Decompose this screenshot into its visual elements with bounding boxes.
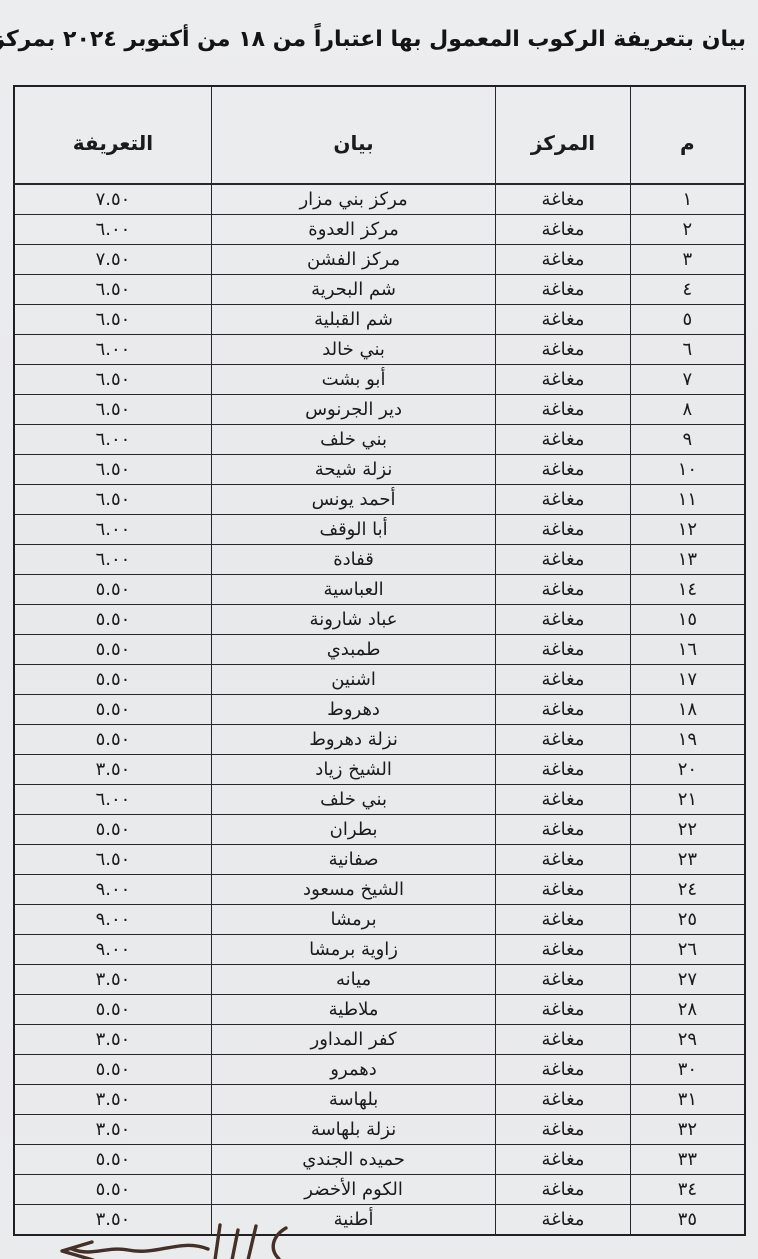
header-tariff: التعريفة bbox=[14, 86, 211, 184]
row-statement: دهمرو bbox=[211, 1055, 495, 1085]
row-tariff: ٣.٥٠ bbox=[14, 965, 211, 995]
table-row: ٣ مغاغة مركز الفشن ٧.٥٠ bbox=[14, 245, 745, 275]
row-center: مغاغة bbox=[496, 755, 631, 785]
row-statement: شم القبلية bbox=[211, 305, 495, 335]
row-tariff: ٦.٥٠ bbox=[14, 275, 211, 305]
row-index: ١٥ bbox=[630, 605, 745, 635]
row-index: ١٦ bbox=[630, 635, 745, 665]
row-index: ٢٣ bbox=[630, 845, 745, 875]
row-tariff: ٩.٠٠ bbox=[14, 905, 211, 935]
row-tariff: ٣.٥٠ bbox=[14, 1115, 211, 1145]
table-header-row: م المركز بيان التعريفة bbox=[14, 86, 745, 184]
row-statement: دهروط bbox=[211, 695, 495, 725]
table-row: ٣٠ مغاغة دهمرو ٥.٥٠ bbox=[14, 1055, 745, 1085]
table-row: ٣١ مغاغة بلهاسة ٣.٥٠ bbox=[14, 1085, 745, 1115]
table-row: ٣٣ مغاغة حميده الجندي ٥.٥٠ bbox=[14, 1145, 745, 1175]
row-index: ٥ bbox=[630, 305, 745, 335]
row-statement: دير الجرنوس bbox=[211, 395, 495, 425]
row-index: ١٢ bbox=[630, 515, 745, 545]
scanned-document-page: بيان بتعريفة الركوب المعمول بها اعتباراً… bbox=[0, 0, 758, 1259]
row-index: ٣٥ bbox=[630, 1205, 745, 1236]
row-center: مغاغة bbox=[496, 365, 631, 395]
row-index: ٢٩ bbox=[630, 1025, 745, 1055]
row-statement: بني خلف bbox=[211, 785, 495, 815]
row-statement: مركز العدوة bbox=[211, 215, 495, 245]
row-statement: كفر المداور bbox=[211, 1025, 495, 1055]
row-statement: صفانية bbox=[211, 845, 495, 875]
row-center: مغاغة bbox=[496, 815, 631, 845]
row-tariff: ٥.٥٠ bbox=[14, 605, 211, 635]
row-index: ١٣ bbox=[630, 545, 745, 575]
row-center: مغاغة bbox=[496, 215, 631, 245]
row-tariff: ٦.٥٠ bbox=[14, 455, 211, 485]
row-tariff: ٦.٠٠ bbox=[14, 215, 211, 245]
row-tariff: ٥.٥٠ bbox=[14, 1175, 211, 1205]
row-statement: بطران bbox=[211, 815, 495, 845]
table-row: ١٦ مغاغة طمبدي ٥.٥٠ bbox=[14, 635, 745, 665]
row-index: ٣١ bbox=[630, 1085, 745, 1115]
row-center: مغاغة bbox=[496, 485, 631, 515]
row-tariff: ٥.٥٠ bbox=[14, 635, 211, 665]
row-statement: عباد شارونة bbox=[211, 605, 495, 635]
row-statement: قفادة bbox=[211, 545, 495, 575]
row-statement: نزلة دهروط bbox=[211, 725, 495, 755]
table-row: ١٤ مغاغة العباسية ٥.٥٠ bbox=[14, 575, 745, 605]
row-center: مغاغة bbox=[496, 995, 631, 1025]
row-statement: شم البحرية bbox=[211, 275, 495, 305]
row-center: مغاغة bbox=[496, 245, 631, 275]
table-row: ١٣ مغاغة قفادة ٦.٠٠ bbox=[14, 545, 745, 575]
row-index: ٣ bbox=[630, 245, 745, 275]
header-center: المركز bbox=[496, 86, 631, 184]
row-center: مغاغة bbox=[496, 515, 631, 545]
table-row: ٢٩ مغاغة كفر المداور ٣.٥٠ bbox=[14, 1025, 745, 1055]
row-statement: مركز بني مزار bbox=[211, 184, 495, 215]
row-index: ١٠ bbox=[630, 455, 745, 485]
row-index: ٦ bbox=[630, 335, 745, 365]
table-row: ٢٢ مغاغة بطران ٥.٥٠ bbox=[14, 815, 745, 845]
row-center: مغاغة bbox=[496, 545, 631, 575]
table-row: ٥ مغاغة شم القبلية ٦.٥٠ bbox=[14, 305, 745, 335]
row-tariff: ٩.٠٠ bbox=[14, 875, 211, 905]
table-row: ٢٦ مغاغة زاوية برمشا ٩.٠٠ bbox=[14, 935, 745, 965]
row-center: مغاغة bbox=[496, 455, 631, 485]
table-row: ٣٤ مغاغة الكوم الأخضر ٥.٥٠ bbox=[14, 1175, 745, 1205]
row-index: ٩ bbox=[630, 425, 745, 455]
fare-table-body: ١ مغاغة مركز بني مزار ٧.٥٠ ٢ مغاغة مركز … bbox=[14, 184, 745, 1235]
row-center: مغاغة bbox=[496, 605, 631, 635]
row-statement: طمبدي bbox=[211, 635, 495, 665]
row-tariff: ٦.٥٠ bbox=[14, 485, 211, 515]
row-center: مغاغة bbox=[496, 575, 631, 605]
row-center: مغاغة bbox=[496, 725, 631, 755]
row-statement: ميانه bbox=[211, 965, 495, 995]
row-index: ٢٠ bbox=[630, 755, 745, 785]
row-tariff: ٥.٥٠ bbox=[14, 575, 211, 605]
table-row: ٨ مغاغة دير الجرنوس ٦.٥٠ bbox=[14, 395, 745, 425]
row-tariff: ٣.٥٠ bbox=[14, 1085, 211, 1115]
row-tariff: ٦.٥٠ bbox=[14, 365, 211, 395]
row-tariff: ٦.٠٠ bbox=[14, 785, 211, 815]
row-center: مغاغة bbox=[496, 1085, 631, 1115]
row-statement: العباسية bbox=[211, 575, 495, 605]
table-row: ٢٠ مغاغة الشيخ زياد ٣.٥٠ bbox=[14, 755, 745, 785]
header-statement: بيان bbox=[211, 86, 495, 184]
row-center: مغاغة bbox=[496, 1205, 631, 1236]
row-tariff: ٩.٠٠ bbox=[14, 935, 211, 965]
table-row: ٢٣ مغاغة صفانية ٦.٥٠ bbox=[14, 845, 745, 875]
row-center: مغاغة bbox=[496, 184, 631, 215]
row-statement: نزلة بلهاسة bbox=[211, 1115, 495, 1145]
row-index: ٣٠ bbox=[630, 1055, 745, 1085]
row-center: مغاغة bbox=[496, 1145, 631, 1175]
row-tariff: ٦.٠٠ bbox=[14, 545, 211, 575]
row-index: ٢٧ bbox=[630, 965, 745, 995]
row-index: ٢ bbox=[630, 215, 745, 245]
row-center: مغاغة bbox=[496, 1055, 631, 1085]
row-index: ١٨ bbox=[630, 695, 745, 725]
row-center: مغاغة bbox=[496, 1025, 631, 1055]
row-center: مغاغة bbox=[496, 425, 631, 455]
row-tariff: ٦.٠٠ bbox=[14, 515, 211, 545]
row-tariff: ٥.٥٠ bbox=[14, 665, 211, 695]
row-center: مغاغة bbox=[496, 335, 631, 365]
table-row: ١٩ مغاغة نزلة دهروط ٥.٥٠ bbox=[14, 725, 745, 755]
row-index: ٢٥ bbox=[630, 905, 745, 935]
row-index: ٢١ bbox=[630, 785, 745, 815]
row-center: مغاغة bbox=[496, 845, 631, 875]
row-tariff: ٦.٠٠ bbox=[14, 335, 211, 365]
fare-table: م المركز بيان التعريفة ١ مغاغة مركز بني … bbox=[13, 85, 746, 1236]
row-index: ٣٤ bbox=[630, 1175, 745, 1205]
row-center: مغاغة bbox=[496, 1115, 631, 1145]
row-statement: الشيخ زياد bbox=[211, 755, 495, 785]
row-statement: حميده الجندي bbox=[211, 1145, 495, 1175]
row-center: مغاغة bbox=[496, 695, 631, 725]
row-tariff: ٥.٥٠ bbox=[14, 995, 211, 1025]
row-index: ٧ bbox=[630, 365, 745, 395]
row-index: ١١ bbox=[630, 485, 745, 515]
table-row: ٢ مغاغة مركز العدوة ٦.٠٠ bbox=[14, 215, 745, 245]
table-row: ٣٢ مغاغة نزلة بلهاسة ٣.٥٠ bbox=[14, 1115, 745, 1145]
row-center: مغاغة bbox=[496, 1175, 631, 1205]
row-tariff: ٧.٥٠ bbox=[14, 245, 211, 275]
row-statement: زاوية برمشا bbox=[211, 935, 495, 965]
table-row: ١٨ مغاغة دهروط ٥.٥٠ bbox=[14, 695, 745, 725]
table-row: ٢٨ مغاغة ملاطية ٥.٥٠ bbox=[14, 995, 745, 1025]
row-statement: ملاطية bbox=[211, 995, 495, 1025]
row-center: مغاغة bbox=[496, 665, 631, 695]
table-row: ١١ مغاغة أحمد يونس ٦.٥٠ bbox=[14, 485, 745, 515]
row-statement: أبو بشت bbox=[211, 365, 495, 395]
table-row: ٩ مغاغة بني خلف ٦.٠٠ bbox=[14, 425, 745, 455]
row-index: ٢٢ bbox=[630, 815, 745, 845]
table-row: ٢٧ مغاغة ميانه ٣.٥٠ bbox=[14, 965, 745, 995]
table-row: ١٠ مغاغة نزلة شيحة ٦.٥٠ bbox=[14, 455, 745, 485]
row-center: مغاغة bbox=[496, 275, 631, 305]
row-index: ٤ bbox=[630, 275, 745, 305]
row-index: ٣٢ bbox=[630, 1115, 745, 1145]
table-row: ١٢ مغاغة أبا الوقف ٦.٠٠ bbox=[14, 515, 745, 545]
row-tariff: ٥.٥٠ bbox=[14, 815, 211, 845]
handwritten-signature bbox=[48, 1222, 318, 1259]
row-tariff: ٣.٥٠ bbox=[14, 1025, 211, 1055]
row-tariff: ٦.٥٠ bbox=[14, 395, 211, 425]
row-center: مغاغة bbox=[496, 305, 631, 335]
row-statement: أبا الوقف bbox=[211, 515, 495, 545]
table-row: ٧ مغاغة أبو بشت ٦.٥٠ bbox=[14, 365, 745, 395]
row-index: ٢٨ bbox=[630, 995, 745, 1025]
table-row: ٢٤ مغاغة الشيخ مسعود ٩.٠٠ bbox=[14, 875, 745, 905]
row-index: ٨ bbox=[630, 395, 745, 425]
row-statement: اشنين bbox=[211, 665, 495, 695]
row-center: مغاغة bbox=[496, 635, 631, 665]
row-tariff: ٧.٥٠ bbox=[14, 184, 211, 215]
row-tariff: ٣.٥٠ bbox=[14, 755, 211, 785]
row-index: ١٤ bbox=[630, 575, 745, 605]
row-center: مغاغة bbox=[496, 935, 631, 965]
row-index: ٢٦ bbox=[630, 935, 745, 965]
row-index: ١ bbox=[630, 184, 745, 215]
row-statement: بني خلف bbox=[211, 425, 495, 455]
row-center: مغاغة bbox=[496, 875, 631, 905]
row-index: ٣٣ bbox=[630, 1145, 745, 1175]
row-center: مغاغة bbox=[496, 395, 631, 425]
row-index: ١٩ bbox=[630, 725, 745, 755]
table-row: ١ مغاغة مركز بني مزار ٧.٥٠ bbox=[14, 184, 745, 215]
table-row: ٢٥ مغاغة برمشا ٩.٠٠ bbox=[14, 905, 745, 935]
row-statement: أحمد يونس bbox=[211, 485, 495, 515]
row-center: مغاغة bbox=[496, 785, 631, 815]
row-tariff: ٦.٥٠ bbox=[14, 305, 211, 335]
row-tariff: ٥.٥٠ bbox=[14, 1055, 211, 1085]
row-center: مغاغة bbox=[496, 905, 631, 935]
row-statement: الشيخ مسعود bbox=[211, 875, 495, 905]
table-row: ٦ مغاغة بني خالد ٦.٠٠ bbox=[14, 335, 745, 365]
row-statement: برمشا bbox=[211, 905, 495, 935]
row-statement: مركز الفشن bbox=[211, 245, 495, 275]
row-statement: الكوم الأخضر bbox=[211, 1175, 495, 1205]
row-tariff: ٥.٥٠ bbox=[14, 1145, 211, 1175]
table-row: ١٧ مغاغة اشنين ٥.٥٠ bbox=[14, 665, 745, 695]
row-tariff: ٦.٥٠ bbox=[14, 845, 211, 875]
row-statement: نزلة شيحة bbox=[211, 455, 495, 485]
row-center: مغاغة bbox=[496, 965, 631, 995]
header-index: م bbox=[630, 86, 745, 184]
document-title: بيان بتعريفة الركوب المعمول بها اعتباراً… bbox=[12, 27, 746, 52]
row-statement: بلهاسة bbox=[211, 1085, 495, 1115]
row-tariff: ٥.٥٠ bbox=[14, 725, 211, 755]
row-index: ١٧ bbox=[630, 665, 745, 695]
table-row: ٢١ مغاغة بني خلف ٦.٠٠ bbox=[14, 785, 745, 815]
row-tariff: ٥.٥٠ bbox=[14, 695, 211, 725]
row-statement: بني خالد bbox=[211, 335, 495, 365]
row-tariff: ٦.٠٠ bbox=[14, 425, 211, 455]
table-row: ٤ مغاغة شم البحرية ٦.٥٠ bbox=[14, 275, 745, 305]
table-row: ١٥ مغاغة عباد شارونة ٥.٥٠ bbox=[14, 605, 745, 635]
row-index: ٢٤ bbox=[630, 875, 745, 905]
